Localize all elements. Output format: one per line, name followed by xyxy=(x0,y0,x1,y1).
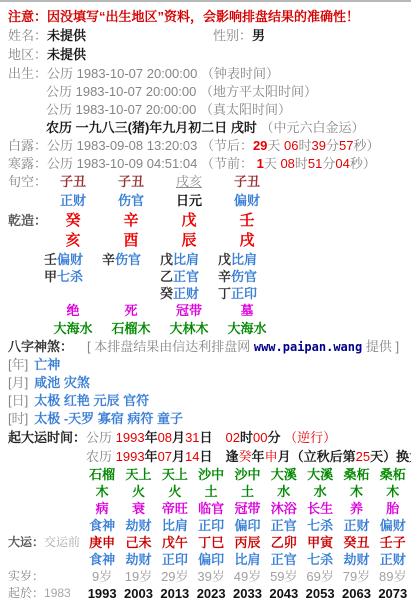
shensha-month-items: 咸池 灾煞 xyxy=(34,375,90,390)
hidden-stems-year: 壬偏财 甲七杀 xyxy=(44,251,102,302)
text-segment: 月 xyxy=(172,430,185,445)
qiyu-label: 起於： xyxy=(8,586,44,600)
day-nayin: 大林木 xyxy=(160,320,218,338)
shensha-day-row: [日]太极 红艳 元辰 官符 xyxy=(8,392,411,410)
birth-label: 出生： xyxy=(8,66,47,81)
shensha-day-tag: [日] xyxy=(8,393,28,408)
birth-lunar-note: （中元六白金运） xyxy=(261,120,365,135)
text-segment: 日 xyxy=(200,430,226,445)
text-segment: 时 xyxy=(299,138,312,153)
table-cell: 偏印 xyxy=(193,551,229,568)
text-segment: 秒） xyxy=(353,138,379,153)
table-cell: 正官 xyxy=(266,551,302,568)
table-cell: 帝旺 xyxy=(157,500,193,517)
text-segment: 申 xyxy=(265,449,278,464)
hidden-god: 七杀 xyxy=(57,269,83,284)
table-cell: 比肩 xyxy=(157,517,193,534)
text-segment: 06 xyxy=(284,138,298,153)
dayun-nayin-top-row: 石榴天上天上沙中沙中大溪大溪桑柘桑柘 xyxy=(8,466,411,483)
hanlu-detail: 公历 1983-10-09 04:51:04 （节前： 1天 08时51分04秒… xyxy=(47,156,376,171)
table-cell: 长生 xyxy=(302,500,338,517)
hidden-god: 伤官 xyxy=(115,252,141,267)
day-stage: 冠带 xyxy=(160,302,218,320)
shensha-hour-tag: [时] xyxy=(8,411,28,426)
hidden-stem: 癸 xyxy=(160,286,173,301)
shensha-hour-items: 太极 -天罗 寡宿 病符 童子 xyxy=(34,411,183,426)
day-stem: 戊 xyxy=(160,211,218,231)
text-segment: 02 xyxy=(226,430,240,445)
table-cell: 戊午 xyxy=(157,534,193,551)
table-cell: 养 xyxy=(338,500,374,517)
birth-true-time: 公历 1983-10-07 20:00:00 xyxy=(46,102,196,117)
table-cell: 正财 xyxy=(338,517,374,534)
birth-lunar-date: 农历 一九八三(猪)年九月初二日 戌时 xyxy=(46,120,257,135)
table-cell: 沙中 xyxy=(229,466,265,483)
stems-row: 乾造： 癸 辛 戊 壬 xyxy=(8,211,411,231)
hour-branch: 戌 xyxy=(218,231,276,251)
nayin-row: 大海水 石榴木 大林木 大海水 xyxy=(8,320,411,338)
dayun-age-cells: 9岁19岁29岁39岁49岁59岁69岁79岁89岁 xyxy=(84,568,411,585)
table-cell: 2003 xyxy=(120,585,156,602)
shensha-year-row: [年]亡神 xyxy=(8,356,411,374)
birth-row-lunar: 农历 一九八三(猪)年九月初二日 戌时 （中元六白金运） xyxy=(8,119,411,137)
bailu-detail: 公历 1983-09-08 13:20:03 （节后：29天 06时39分57秒… xyxy=(47,138,379,153)
shensha-header: 八字神煞：[ 本排盘结果由信达利排盘网 www.paipan.wang 提供 ] xyxy=(8,338,411,356)
text-segment: 07 xyxy=(158,449,172,464)
table-cell: 正官 xyxy=(266,517,302,534)
table-cell: 偏财 xyxy=(375,517,411,534)
text-segment: 1993 xyxy=(116,430,145,445)
table-cell: 癸丑 xyxy=(338,534,374,551)
shensha-year-items: 亡神 xyxy=(34,357,60,372)
qiyun-detail: 公历 1993年08月31日 02时00分 （逆行） xyxy=(86,430,336,445)
xunkong-year: 子丑 xyxy=(44,173,102,191)
birth-row-local-solar: 公历 1983-10-07 20:00:00 （地方平太阳时间） xyxy=(8,83,411,101)
text-segment: 29 xyxy=(253,138,267,153)
dayun-branch-god-cells: 食神劫财正印偏印比肩正官七杀劫财正财 xyxy=(84,551,411,568)
shensha-month-row: [月]咸池 灾煞 xyxy=(8,374,411,392)
day-master-label: 日元 xyxy=(160,191,218,211)
shensha-day-items: 太极 红艳 元辰 官符 xyxy=(34,393,149,408)
table-cell: 39岁 xyxy=(193,568,229,585)
huanyun-detail: 农历 1993年07月14日 逢癸年申月（立秋后第25天）换大运 xyxy=(86,449,411,464)
dayun-year-row: 起於：1983 19932003201320232033204320532063… xyxy=(8,585,411,602)
text-segment: 天 xyxy=(267,138,284,153)
gender-label: 性别： xyxy=(213,28,252,43)
qianzao-label: 乾造： xyxy=(8,211,44,231)
month-stem: 辛 xyxy=(102,211,160,231)
table-cell: 病 xyxy=(84,500,120,517)
table-cell: 庚申 xyxy=(84,534,120,551)
month-god: 伤官 xyxy=(102,191,160,211)
table-cell: 29岁 xyxy=(157,568,193,585)
table-cell: 水 xyxy=(302,483,338,500)
hidden-stems-day: 戊比肩 乙正官 癸正财 xyxy=(160,251,218,302)
table-cell: 天上 xyxy=(157,466,193,483)
table-cell: 2053 xyxy=(302,585,338,602)
table-cell: 59岁 xyxy=(266,568,302,585)
dayun-branch-god-row: 食神劫财正印偏印比肩正官七杀劫财正财 xyxy=(8,551,411,568)
bailu-row: 白露：公历 1983-09-08 13:20:03 （节后：29天 06时39分… xyxy=(8,137,411,155)
dayun-pillar-row: 大运：交运前 庚申己未戊午丁巳丙辰乙卯甲寅癸丑壬子 xyxy=(8,534,411,551)
hidden-god: 偏财 xyxy=(57,252,83,267)
table-cell: 石榴 xyxy=(84,466,120,483)
table-cell: 七杀 xyxy=(302,517,338,534)
xunkong-hour: 子丑 xyxy=(218,173,276,191)
table-cell: 偏印 xyxy=(229,517,265,534)
shensha-hour-row: [时]太极 -天罗 寡宿 病符 童子 xyxy=(8,410,411,428)
year-nayin: 大海水 xyxy=(44,320,102,338)
hour-god: 偏财 xyxy=(218,191,276,211)
table-cell: 丙辰 xyxy=(229,534,265,551)
hanlu-row: 寒露：公历 1983-10-09 04:51:04 （节前： 1天 08时51分… xyxy=(8,155,411,173)
table-cell: 衰 xyxy=(120,500,156,517)
table-cell: 火 xyxy=(120,483,156,500)
xunkong-label: 旬空： xyxy=(8,173,44,191)
table-cell: 9岁 xyxy=(84,568,120,585)
year-stem: 癸 xyxy=(44,211,102,231)
table-cell: 正财 xyxy=(375,551,411,568)
table-cell: 正印 xyxy=(193,517,229,534)
text-segment: 时 xyxy=(240,430,253,445)
life-stage-row: 绝 死 冠带 墓 xyxy=(8,302,411,320)
qiyu-year: 1983 xyxy=(44,586,71,600)
hidden-god: 正财 xyxy=(173,286,199,301)
table-cell: 水 xyxy=(266,483,302,500)
text-segment: 08 xyxy=(280,156,294,171)
text-segment: （逆行） xyxy=(284,430,336,445)
hidden-god: 正印 xyxy=(231,286,257,301)
table-cell: 89岁 xyxy=(375,568,411,585)
month-nayin: 石榴木 xyxy=(102,320,160,338)
xunkong-row: 旬空： 子丑 子丑 戌亥 子丑 xyxy=(8,173,411,191)
text-segment: 25 xyxy=(356,449,370,464)
text-segment: 秒） xyxy=(350,156,376,171)
text-segment: 分 xyxy=(322,156,335,171)
text-segment: 公历 xyxy=(86,430,116,445)
profile-row: 姓名：未提供 性别：男 xyxy=(8,26,411,45)
table-cell: 49岁 xyxy=(229,568,265,585)
table-cell: 大溪 xyxy=(266,466,302,483)
table-cell: 19岁 xyxy=(120,568,156,585)
dayun-stem-god-row: 食神劫财比肩正印偏印正官七杀正财偏财 xyxy=(8,517,411,534)
text-segment: 年 xyxy=(145,430,158,445)
region-row: 地区：未提供 xyxy=(8,45,411,64)
dayun-pillar-cells: 庚申己未戊午丁巳丙辰乙卯甲寅癸丑壬子 xyxy=(84,534,411,551)
hidden-stem: 戊 xyxy=(160,252,173,267)
table-cell: 大溪 xyxy=(302,466,338,483)
text-segment: 天 xyxy=(264,156,281,171)
text-segment: 1993 xyxy=(116,449,145,464)
text-segment: 31 xyxy=(185,430,199,445)
branches-row: 亥 酉 辰 戌 xyxy=(8,231,411,251)
table-cell: 正印 xyxy=(157,551,193,568)
text-segment: 14 xyxy=(185,449,199,464)
table-cell: 己未 xyxy=(120,534,156,551)
text-segment: 天）换大运 xyxy=(370,449,411,464)
text-segment: 农历 xyxy=(86,449,116,464)
text-segment: 癸 xyxy=(239,449,252,464)
table-cell: 丁巳 xyxy=(193,534,229,551)
xunkong-month: 子丑 xyxy=(102,173,160,191)
text-segment: 月 xyxy=(172,449,185,464)
year-god: 正财 xyxy=(44,191,102,211)
hidden-stem: 戊 xyxy=(218,252,231,267)
text-segment: 日 逢 xyxy=(200,449,239,464)
month-stage: 死 xyxy=(102,302,160,320)
table-cell: 劫财 xyxy=(120,551,156,568)
dayun-nayin-bottom-row: 木火火土土水水木木 xyxy=(8,483,411,500)
hidden-stems-area: 壬偏财 甲七杀 辛伤官 戊比肩 乙正官 癸正财 戊比肩 辛伤官 丁正印 xyxy=(8,251,411,302)
hidden-god: 正官 xyxy=(173,269,199,284)
hour-stage: 墓 xyxy=(218,302,276,320)
hidden-god: 比肩 xyxy=(231,252,257,267)
table-cell: 2013 xyxy=(157,585,193,602)
hanlu-label: 寒露： xyxy=(8,156,47,171)
birth-row-clock: 出生：公历 1983-10-07 20:00:00 （钟表时间） xyxy=(8,64,411,83)
jiaoyun-label: 交运前 xyxy=(44,535,80,549)
hidden-stem: 辛 xyxy=(102,252,115,267)
name-label: 姓名： xyxy=(8,28,47,43)
bailu-label: 白露： xyxy=(8,138,47,153)
dayun-stem-god-cells: 食神劫财比肩正印偏印正官七杀正财偏财 xyxy=(84,517,411,534)
shensha-month-tag: [月] xyxy=(8,375,28,390)
gender-group: 性别：男 xyxy=(213,26,265,45)
shisui-label: 实岁： xyxy=(8,569,44,583)
hidden-stem: 甲 xyxy=(44,269,57,284)
table-cell: 食神 xyxy=(84,517,120,534)
shensha-label: 八字神煞： xyxy=(8,339,73,354)
table-cell: 69岁 xyxy=(302,568,338,585)
text-segment: 年 xyxy=(252,449,265,464)
table-cell: 劫财 xyxy=(120,517,156,534)
day-branch: 辰 xyxy=(160,231,218,251)
hour-nayin: 大海水 xyxy=(218,320,276,338)
year-stage: 绝 xyxy=(44,302,102,320)
text-segment: 分 xyxy=(268,430,285,445)
table-cell: 2063 xyxy=(338,585,374,602)
bazi-chart-page: 注意：因没填写“出生地区”资料，会影响排盘结果的准确性！ 姓名：未提供 性别：男… xyxy=(0,2,411,602)
table-cell: 比肩 xyxy=(229,551,265,568)
birth-local-time: 公历 1983-10-07 20:00:00 xyxy=(46,84,196,99)
table-cell: 79岁 xyxy=(338,568,374,585)
table-cell: 2033 xyxy=(229,585,265,602)
hour-stem: 壬 xyxy=(218,211,276,231)
table-cell: 胎 xyxy=(375,500,411,517)
dayun-year-cells: 199320032013202320332043205320632073 xyxy=(84,585,411,602)
dayun-stage-cells: 病衰帝旺临官冠带沐浴长生养胎 xyxy=(84,500,411,517)
credit-prefix: [ 本排盘结果由信达利排盘网 xyxy=(87,339,254,354)
table-cell: 冠带 xyxy=(229,500,265,517)
table-cell: 食神 xyxy=(84,551,120,568)
table-cell: 土 xyxy=(193,483,229,500)
text-segment: 00 xyxy=(253,430,267,445)
qiyun-label: 起大运时间： xyxy=(8,430,86,445)
hidden-stem: 辛 xyxy=(218,269,231,284)
xunkong-day: 戌亥 xyxy=(160,173,218,191)
credit-suffix: 提供 ] xyxy=(362,339,399,354)
text-segment: 月（立秋后第 xyxy=(278,449,356,464)
text-segment: 分 xyxy=(326,138,339,153)
hidden-god: 比肩 xyxy=(173,252,199,267)
birth-local-note: （地方平太阳时间） xyxy=(200,84,317,99)
text-segment: 公历 1983-10-09 04:51:04 （节前： xyxy=(47,156,257,171)
text-segment: 51 xyxy=(308,156,322,171)
table-cell: 火 xyxy=(157,483,193,500)
stem-gods-row: 正财 伤官 日元 偏财 xyxy=(8,191,411,211)
table-cell: 劫财 xyxy=(338,551,374,568)
huanyun-row: 农历 1993年07月14日 逢癸年申月（立秋后第25天）换大运 xyxy=(8,447,411,466)
text-segment: 时 xyxy=(295,156,308,171)
hidden-stems-hour: 戊比肩 辛伤官 丁正印 xyxy=(218,251,276,302)
month-branch: 酉 xyxy=(102,231,160,251)
table-cell: 2073 xyxy=(375,585,411,602)
birth-row-true-solar: 公历 1983-10-07 20:00:00 （真太阳时间） xyxy=(8,101,411,119)
dayun-stage-row: 病衰帝旺临官冠带沐浴长生养胎 xyxy=(8,500,411,517)
dayun-nayin-bottom-cells: 木火火土土水水木木 xyxy=(84,483,411,500)
notice-banner: 注意：因没填写“出生地区”资料，会影响排盘结果的准确性！ xyxy=(8,7,411,26)
birth-true-note: （真太阳时间） xyxy=(200,102,291,117)
table-cell: 木 xyxy=(84,483,120,500)
text-segment: 1 xyxy=(257,156,264,171)
table-cell: 2023 xyxy=(193,585,229,602)
gender-value: 男 xyxy=(252,28,265,43)
table-cell: 壬子 xyxy=(375,534,411,551)
table-cell: 沐浴 xyxy=(266,500,302,517)
text-segment: 57 xyxy=(339,138,353,153)
region-label: 地区： xyxy=(8,47,47,62)
hidden-stems-month: 辛伤官 xyxy=(102,251,160,302)
birth-clock-time: 公历 1983-10-07 20:00:00 xyxy=(47,66,197,81)
year-branch: 亥 xyxy=(44,231,102,251)
birth-clock-note: （钟表时间） xyxy=(201,66,279,81)
text-segment: 04 xyxy=(335,156,349,171)
table-cell: 木 xyxy=(338,483,374,500)
text-segment: 39 xyxy=(312,138,326,153)
table-cell: 临官 xyxy=(193,500,229,517)
text-segment: 08 xyxy=(158,430,172,445)
dayun-nayin-top-cells: 石榴天上天上沙中沙中大溪大溪桑柘桑柘 xyxy=(84,466,411,483)
table-cell: 甲寅 xyxy=(302,534,338,551)
table-cell: 桑柘 xyxy=(338,466,374,483)
text-segment: 年 xyxy=(145,449,158,464)
table-cell: 1993 xyxy=(84,585,120,602)
hidden-stem: 壬 xyxy=(44,252,57,267)
table-cell: 土 xyxy=(229,483,265,500)
dayun-age-row: 实岁： 9岁19岁29岁39岁49岁59岁69岁79岁89岁 xyxy=(8,568,411,585)
table-cell: 2043 xyxy=(266,585,302,602)
qiyun-row: 起大运时间：公历 1993年08月31日 02时00分 （逆行） xyxy=(8,428,411,447)
table-cell: 乙卯 xyxy=(266,534,302,551)
paipan-site-link[interactable]: www.paipan.wang xyxy=(254,340,362,354)
table-cell: 桑柘 xyxy=(375,466,411,483)
table-cell: 七杀 xyxy=(302,551,338,568)
table-cell: 天上 xyxy=(120,466,156,483)
text-segment: 公历 1983-09-08 13:20:03 （节后： xyxy=(47,138,253,153)
region-value: 未提供 xyxy=(47,47,86,62)
name-value: 未提供 xyxy=(47,28,86,43)
hidden-stem: 乙 xyxy=(160,269,173,284)
table-cell: 木 xyxy=(375,483,411,500)
hidden-stem: 丁 xyxy=(218,286,231,301)
hidden-god: 伤官 xyxy=(231,269,257,284)
table-cell: 沙中 xyxy=(193,466,229,483)
dayun-label: 大运： xyxy=(8,535,44,549)
shensha-year-tag: [年] xyxy=(8,357,28,372)
